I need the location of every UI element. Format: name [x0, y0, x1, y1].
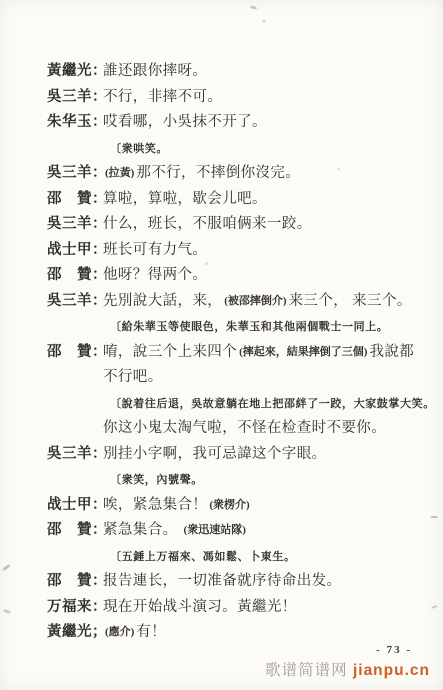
dialogue-text: 班长可有力气。: [103, 242, 207, 258]
speaker-name: 吳三羊：: [47, 289, 103, 315]
stage-direction-line: 〔說着往后退，吳故意躺在地上把邵絆了一跤，大家鼓掌大笑。: [0, 391, 443, 417]
script-line: 邵 贊：他呀？得两个。: [0, 263, 443, 289]
script-line: 邵 贊：唷，說三个上来四个(摔起來，結果摔倒了三個)我說都: [0, 340, 443, 366]
dialogue-text: 他呀？得两个。: [103, 267, 207, 283]
speaker-name: 吳三羊：: [47, 212, 103, 238]
stage-direction-text: 〔衆哄笑。: [110, 143, 168, 155]
page-number: - 73 -: [376, 644, 412, 656]
watermark: 歌谱简谱网 jianpu.cn: [265, 658, 430, 680]
speaker-name: 朱华玉：: [47, 110, 103, 136]
script-body: 黃繼光：誰还跟你摔呀。吳三羊：不行，非摔不可。朱华玉：哎看哪，小吳抹不开了。〔衆…: [0, 59, 443, 646]
dialogue-text: 誰还跟你摔呀。: [103, 63, 207, 79]
dialogue-text: 哎看哪，小吳抹不开了。: [103, 114, 267, 130]
scanned-script-page: 黃繼光：誰还跟你摔呀。吳三羊：不行，非摔不可。朱华玉：哎看哪，小吳抹不开了。〔衆…: [0, 0, 443, 690]
script-line: 吳三羊：什么，班长，不服咱俩来一跤。: [0, 212, 443, 238]
speaker-name: 黃繼光；: [47, 620, 103, 646]
script-line: 黃繼光：誰还跟你摔呀。: [0, 59, 443, 85]
stage-direction-text: 〔衆笑，內號聲。: [110, 474, 203, 486]
dialogue-text: (拉黃)那不行，不摔倒你沒完。: [103, 165, 300, 181]
scan-artifact: [430, 516, 438, 518]
script-line: 邵 贊：算啦，算啦，歇会儿吧。: [0, 187, 443, 213]
dialogue-text: 唉，紧急集合！(衆楞介): [103, 497, 252, 513]
dialogue-text: 什么，班长，不服咱俩来一跤。: [103, 216, 312, 232]
speaker-name: 战士甲：: [47, 493, 103, 519]
scan-artifact: [337, 168, 340, 170]
script-line: 邵 贊：紧急集合。 (衆迅速站隊): [0, 518, 443, 544]
dialogue-text: (應介)有！: [103, 624, 166, 640]
script-line: 不行吧。: [0, 365, 443, 391]
script-line: 你这小鬼太淘气啦，不怪在检查时不要你。: [0, 416, 443, 442]
speaker-name: 吳三羊：: [47, 442, 103, 468]
stage-direction-text: 〔五錘上万福來、馮如鬆、卜東生。: [110, 551, 296, 563]
speaker-name: 邵 贊：: [47, 340, 103, 366]
scan-artifact: [250, 5, 258, 10]
dialogue-text: 唷，說三个上来四个(摔起來，結果摔倒了三個)我說都: [103, 344, 414, 360]
speaker-name: 万福来：: [47, 595, 103, 621]
dialogue-text: 你这小鬼太淘气啦，不怪在检查时不要你。: [103, 420, 386, 436]
script-line: 战士甲：唉，紧急集合！(衆楞介): [0, 493, 443, 519]
stage-direction-text: 〔說着往后退，吳故意躺在地上把邵絆了一跤，大家鼓掌大笑。: [110, 398, 435, 410]
dialogue-text: 現在开始战斗演习。黃繼光！: [103, 599, 297, 615]
script-line: 邵 贊：报告連长，一切准备就序待命出发。: [0, 569, 443, 595]
script-line: 吳三羊：先別說大話，来，(被邵摔倒介)来三个， 来三个。: [0, 289, 443, 315]
script-line: 吳三羊：不行，非摔不可。: [0, 85, 443, 111]
dialogue-text: 紧急集合。 (衆迅速站隊): [103, 522, 248, 538]
stage-direction-line: 〔衆哄笑。: [0, 136, 443, 162]
speaker-name: 邵 贊：: [47, 187, 103, 213]
scan-artifact: [205, 262, 208, 265]
speaker-name: 吳三羊：: [47, 161, 103, 187]
script-line: 战士甲：班长可有力气。: [0, 238, 443, 264]
speaker-name: 战士甲：: [47, 238, 103, 264]
speaker-name: 黃繼光：: [47, 59, 103, 85]
dialogue-text: 不行，非摔不可。: [103, 89, 222, 105]
script-line: 黃繼光；(應介)有！: [0, 620, 443, 646]
dialogue-text: 报告連长，一切准备就序待命出发。: [103, 573, 341, 589]
script-line: 吳三羊：(拉黃)那不行，不摔倒你沒完。: [0, 161, 443, 187]
dialogue-text: 別挂小字啊，我可忌諱这个字眼。: [103, 446, 327, 462]
stage-direction-text: 〔給朱華玉等使眼色，朱華玉和其他兩個戰士一同上。: [110, 321, 388, 333]
stage-direction-line: 〔給朱華玉等使眼色，朱華玉和其他兩個戰士一同上。: [0, 314, 443, 340]
watermark-site-name: 歌谱简谱网: [265, 662, 348, 679]
scan-artifact: [262, 20, 266, 23]
speaker-name: 邵 贊：: [47, 569, 103, 595]
dialogue-text: 不行吧。: [103, 369, 163, 385]
script-line: 万福来：現在开始战斗演习。黃繼光！: [0, 595, 443, 621]
speaker-name: 吳三羊：: [47, 85, 103, 111]
dialogue-text: 算啦，算啦，歇会儿吧。: [103, 191, 267, 207]
watermark-site-url: jianpu.cn: [353, 662, 430, 679]
script-line: 吳三羊：別挂小字啊，我可忌諱这个字眼。: [0, 442, 443, 468]
stage-direction-line: 〔衆笑，內號聲。: [0, 467, 443, 493]
speaker-name: 邵 贊：: [47, 518, 103, 544]
dialogue-text: 先別說大話，来，(被邵摔倒介)来三个， 来三个。: [103, 293, 412, 309]
speaker-name: 邵 贊：: [47, 263, 103, 289]
stage-direction-line: 〔五錘上万福來、馮如鬆、卜東生。: [0, 544, 443, 570]
script-line: 朱华玉：哎看哪，小吳抹不开了。: [0, 110, 443, 136]
